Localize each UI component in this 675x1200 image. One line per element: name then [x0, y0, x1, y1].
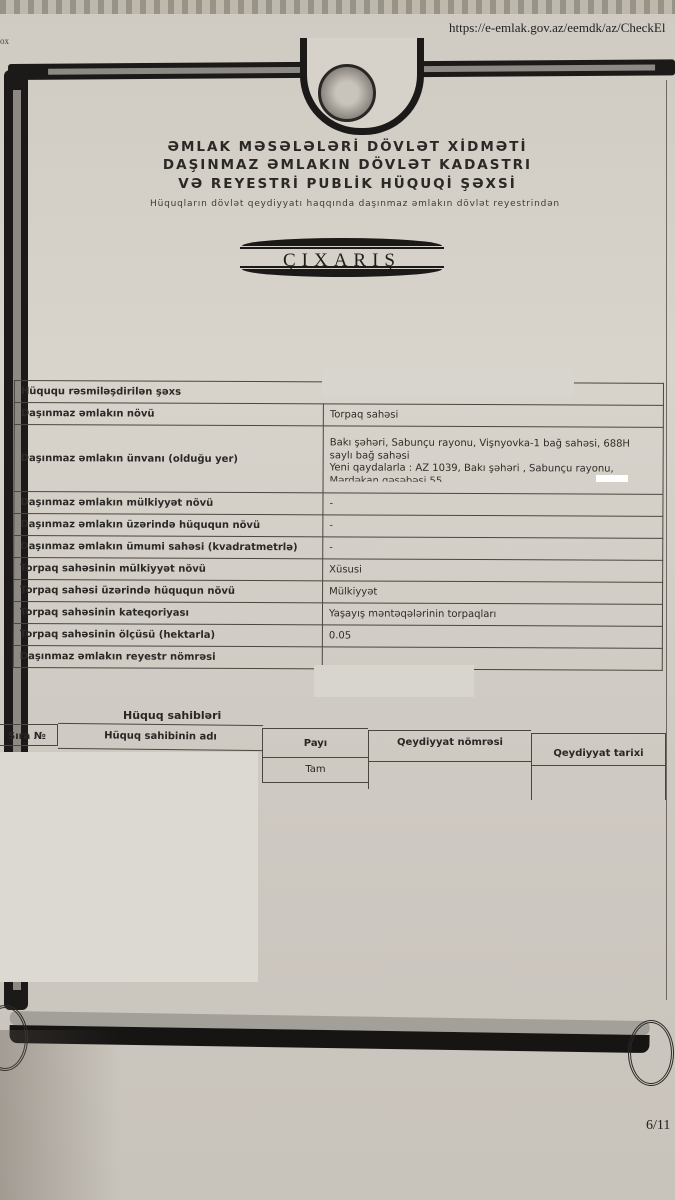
row-value: Xüsusi — [323, 559, 663, 582]
row-label: Daşınmaz əmlakın reyestr nömrəsi — [13, 645, 322, 668]
photo-shadow — [0, 1030, 120, 1200]
print-left-fragment: ox — [0, 36, 9, 46]
document-title-ornament: ÇIXARIŞ — [242, 234, 442, 279]
row-label: Daşınmaz əmlakın ünvanı (olduğu yer) — [14, 425, 323, 493]
background-sheet — [0, 0, 675, 14]
row-label: Daşınmaz əmlakın ümumi sahəsi (kvadratme… — [14, 536, 323, 559]
row-value: - — [323, 493, 663, 516]
redacted-person-name — [322, 366, 574, 396]
redacted-registry-number — [314, 665, 474, 697]
row-label: Torpaq sahəsinin mülkiyyət növü — [14, 558, 323, 581]
property-info-table: Hüququ rəsmiləşdirilən şəxs Daşınmaz əml… — [13, 380, 664, 671]
row-value: Torpaq sahəsi — [323, 404, 663, 427]
table-row: Daşınmaz əmlakın növü Torpaq sahəsi — [14, 403, 663, 428]
holder-registration-date-value — [531, 766, 666, 800]
coat-of-arms-icon — [318, 64, 376, 122]
row-value: Yaşayış məntəqələrinin torpaqları — [322, 603, 662, 626]
col-header-registration-number: Qeydiyyat nömrəsi — [368, 730, 531, 762]
print-url: https://e-emlak.gov.az/eemdk/az/CheckEl — [449, 20, 665, 36]
row-label: Daşınmaz əmlakın növü — [14, 403, 323, 426]
redaction-mark — [596, 475, 628, 482]
row-label: Daşınmaz əmlakın mülkiyyət növü — [14, 492, 323, 515]
redacted-holder-area — [0, 752, 258, 982]
page-number: 6/11 — [646, 1118, 670, 1134]
table-row: Daşınmaz əmlakın ünvanı (olduğu yer) Bak… — [14, 425, 663, 495]
table-row: Daşınmaz əmlakın ümumi sahəsi (kvadratme… — [14, 536, 663, 561]
row-label: Torpaq sahəsinin kateqoriyası — [13, 602, 322, 625]
row-label: Daşınmaz əmlakın üzərində hüququn növü — [14, 514, 323, 537]
header-line-2: DAŞINMAZ ƏMLAKIN DÖVLƏT KADASTRI — [10, 157, 675, 173]
header-line-3: VƏ REYESTRİ PUBLİK HÜQUQİ ŞƏXSİ — [10, 176, 675, 192]
corner-ornament-icon — [628, 1020, 674, 1086]
col-header-sira: Sıra № — [0, 724, 58, 746]
row-value: - — [323, 515, 663, 538]
header-line-1: ƏMLAK MƏSƏLƏLƏRİ DÖVLƏT XİDMƏTİ — [10, 139, 675, 155]
col-header-registration-date: Qeydiyyat tarixi — [531, 733, 666, 766]
row-value: - — [323, 537, 663, 560]
table-row: Torpaq sahəsi üzərində hüququn növü Mülk… — [14, 580, 663, 605]
header-subtitle: Hüquqların dövlət qeydiyyatı haqqında da… — [95, 199, 615, 209]
frame-right-line — [666, 80, 667, 1000]
table-row: Torpaq sahəsinin ölçüsü (hektarla) 0.05 — [13, 623, 662, 648]
holders-title: Hüquq sahibləri — [123, 709, 221, 722]
col-header-holder-name: Hüquq sahibinin adı — [58, 723, 263, 751]
table-row: Daşınmaz əmlakın mülkiyyət növü - — [14, 492, 663, 517]
table-row: Torpaq sahəsinin kateqoriyası Yaşayış mə… — [13, 602, 662, 627]
table-row: Daşınmaz əmlakın üzərində hüququn növü - — [14, 514, 663, 539]
address-value: Bakı şəhəri, Sabunçu rayonu, Vişnyovka-1… — [323, 426, 663, 494]
row-label: Torpaq sahəsinin ölçüsü (hektarla) — [13, 623, 322, 646]
row-value: Mülkiyyət — [323, 581, 663, 604]
row-label: Torpaq sahəsi üzərində hüququn növü — [14, 580, 323, 603]
row-value: 0.05 — [322, 625, 662, 648]
holder-registration-number-value — [368, 760, 531, 789]
table-row: Torpaq sahəsinin mülkiyyət növü Xüsusi — [14, 558, 663, 583]
holder-share-value: Tam — [262, 758, 368, 783]
col-header-share: Payı — [262, 728, 368, 758]
address-line: Bakı şəhəri, Sabunçu rayonu, Vişnyovka-1… — [330, 438, 657, 452]
